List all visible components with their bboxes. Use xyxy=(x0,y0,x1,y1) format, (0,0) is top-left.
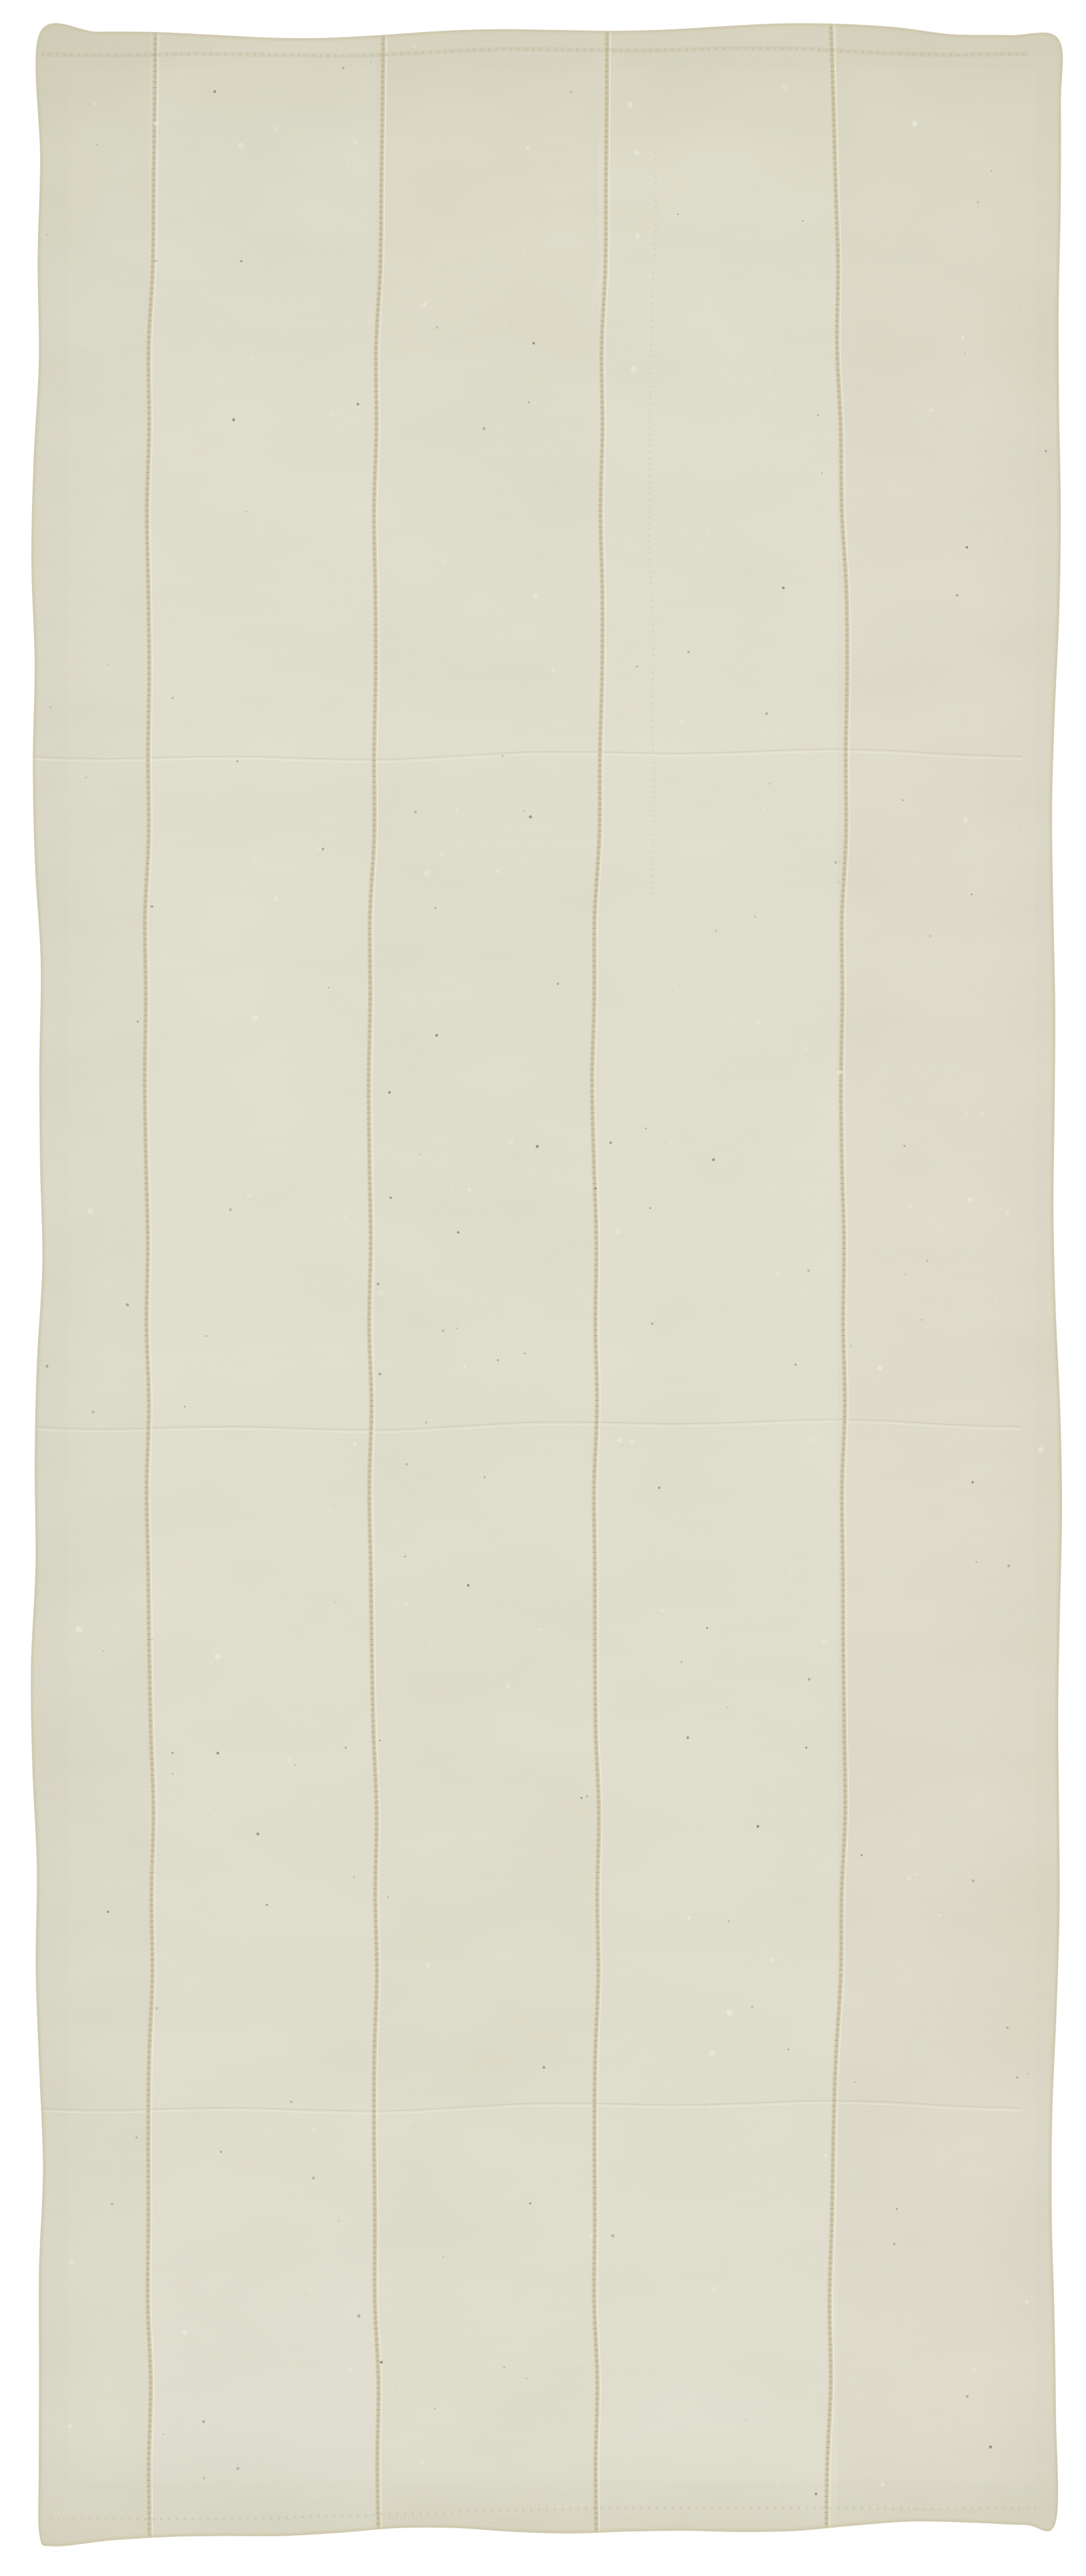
rug-grain-texture xyxy=(0,0,1086,2576)
photo-background xyxy=(0,0,1086,2576)
rug-photo xyxy=(0,0,1086,2576)
